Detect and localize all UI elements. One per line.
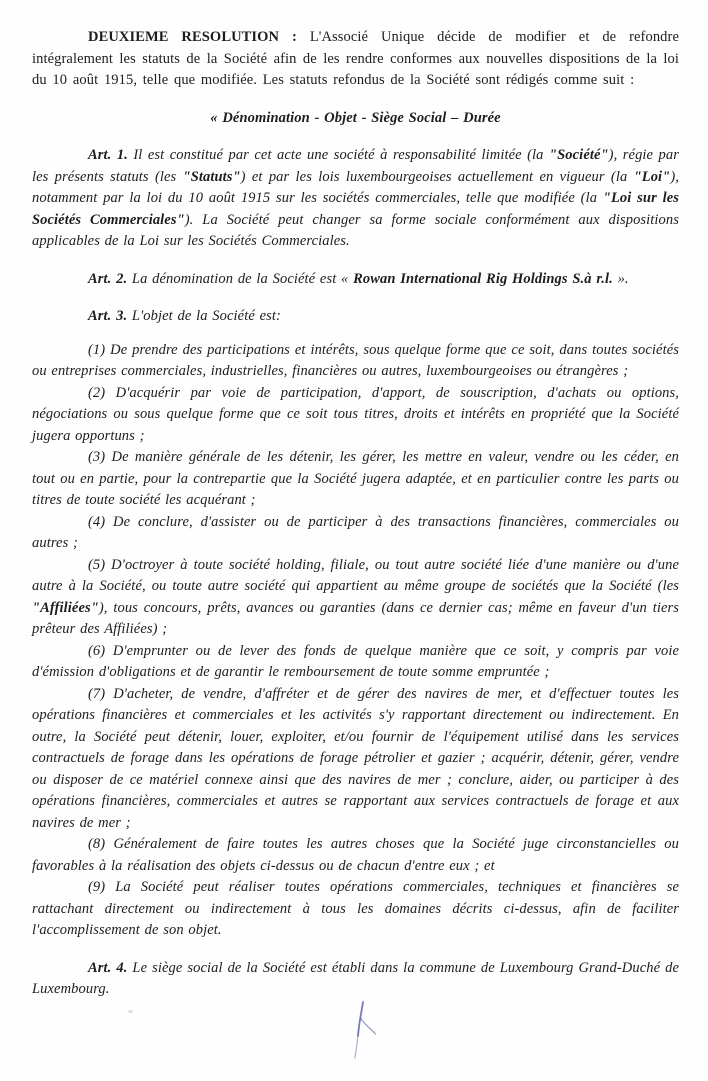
scanned-document-page: DEUXIEME RESOLUTION : L'Associé Unique d… (0, 0, 708, 1081)
bold-text-run: Art. 4. (88, 960, 132, 976)
paragraph-objet-item-8: (8) Généralement de faire toutes les aut… (32, 834, 679, 877)
text-run: La dénomination de la Société est « (132, 271, 353, 287)
paragraph-deuxieme-resolution: DEUXIEME RESOLUTION : L'Associé Unique d… (32, 27, 679, 92)
text-run: (6) D'emprunter ou de lever des fonds de… (32, 643, 679, 681)
text-run: (5) D'octroyer à toute société holding, … (32, 557, 679, 595)
text-run: ) et par les lois luxembourgeoises actue… (241, 169, 634, 185)
bold-text-run: "Loi" (634, 169, 671, 185)
text-run: ». (613, 271, 629, 287)
scan-speck (128, 1010, 133, 1013)
paragraph-objet-item-4: (4) De conclure, d'assister ou de partic… (32, 512, 679, 555)
text-run: (9) La Société peut réaliser toutes opér… (32, 879, 679, 938)
paragraph-art-3: Art. 3. L'objet de la Société est: (32, 306, 679, 328)
paragraph-objet-item-1: (1) De prendre des participations et int… (32, 340, 679, 383)
paragraph-objet-item-9: (9) La Société peut réaliser toutes opér… (32, 877, 679, 942)
heading-denomination-objet-siege-social-duree: « Dénomination - Objet - Siège Social – … (32, 108, 679, 130)
pen-mark-icon (330, 998, 390, 1062)
paragraph-objet-item-6: (6) D'emprunter ou de lever des fonds de… (32, 641, 679, 684)
text-run: (8) Généralement de faire toutes les aut… (32, 836, 679, 874)
paragraph-objet-item-2: (2) D'acquérir par voie de participation… (32, 383, 679, 448)
text-run: Il est constitué par cet acte une sociét… (133, 147, 549, 163)
bold-text-run: Art. 1. (88, 147, 133, 163)
text-run: (4) De conclure, d'assister ou de partic… (32, 514, 679, 552)
bold-text-run: « Dénomination - Objet - Siège Social – … (210, 110, 500, 126)
text-run: (2) D'acquérir par voie de participation… (32, 385, 679, 444)
paragraph-art-4: Art. 4. Le siège social de la Société es… (32, 958, 679, 1001)
text-run: (7) D'acheter, de vendre, d'affréter et … (32, 686, 679, 831)
paragraph-art-1: Art. 1. Il est constitué par cet acte un… (32, 145, 679, 253)
bold-text-run: Rowan International Rig Holdings S.à r.l… (353, 271, 613, 287)
bold-text-run: "Société" (549, 147, 609, 163)
text-run: L'objet de la Société est: (132, 308, 281, 324)
bold-text-run: "Statuts" (183, 169, 241, 185)
text-run: ), tous concours, prêts, avances ou gara… (32, 600, 679, 638)
paragraph-art-2: Art. 2. La dénomination de la Société es… (32, 269, 679, 291)
bold-text-run: Art. 3. (88, 308, 132, 324)
paragraph-objet-item-3: (3) De manière générale de les détenir, … (32, 447, 679, 512)
bold-text-run: "Affiliées" (32, 600, 99, 616)
text-run: (3) De manière générale de les détenir, … (32, 449, 679, 508)
paragraph-objet-item-5: (5) D'octroyer à toute société holding, … (32, 555, 679, 641)
paragraph-objet-item-7: (7) D'acheter, de vendre, d'affréter et … (32, 684, 679, 835)
bold-text-run: Art. 2. (88, 271, 132, 287)
text-run: (1) De prendre des participations et int… (32, 342, 679, 380)
document-body: DEUXIEME RESOLUTION : L'Associé Unique d… (32, 27, 679, 1001)
bold-text-run: DEUXIEME RESOLUTION : (88, 29, 310, 45)
